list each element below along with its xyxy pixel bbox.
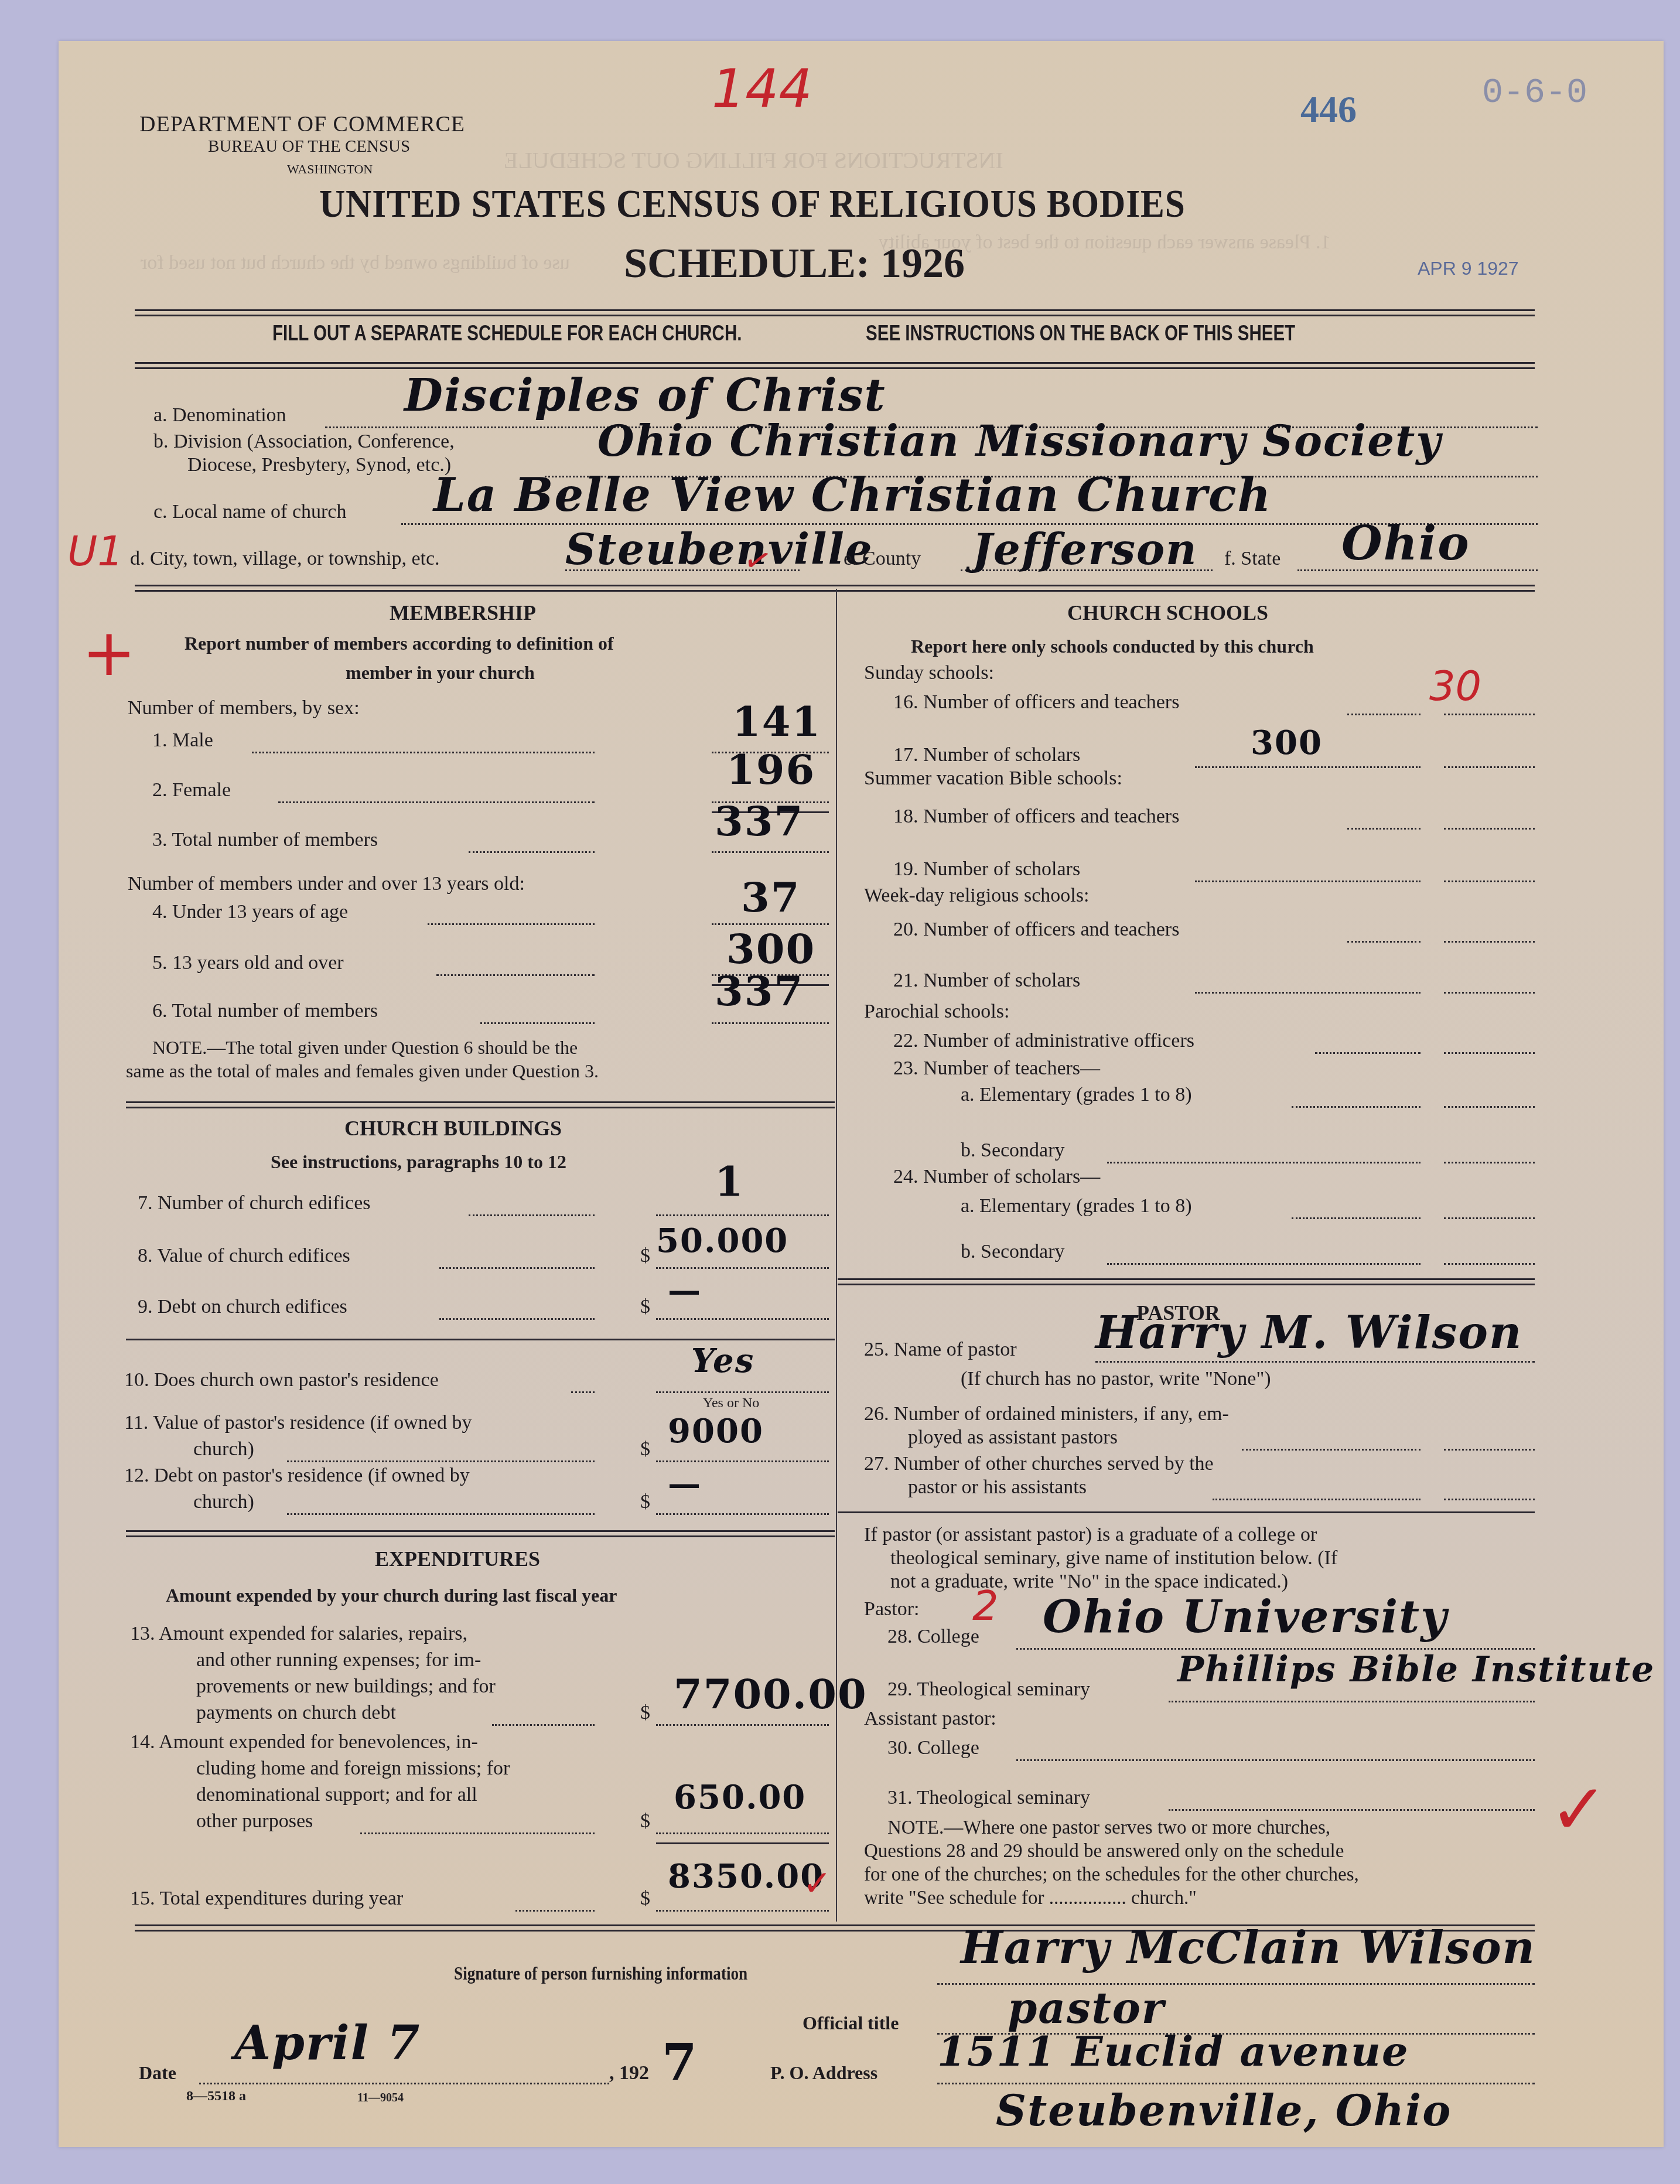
edifices-value-answer-line [656, 1267, 829, 1269]
q29-label: 29. Theological seminary [887, 1678, 1090, 1701]
print-number: 11—9054 [357, 2091, 404, 2105]
city-name: WASHINGTON [287, 162, 373, 177]
edifices-value-field[interactable]: 50.000 [656, 1221, 788, 1260]
q21-line [1195, 992, 1421, 994]
pastor-note: NOTE.—Where one pastor serves two or mor… [887, 1816, 1330, 1840]
bureau-name: BUREAU OF THE CENSUS [208, 137, 410, 156]
q23-label: 23. Number of teachers— [893, 1057, 1100, 1080]
church-schools-subheading: Report here only schools conducted by th… [911, 636, 1314, 657]
pastor-note-cont: for one of the churches; on the schedule… [864, 1863, 1359, 1886]
q24b-label: b. Secondary [961, 1241, 1065, 1263]
by-sex-label: Number of members, by sex: [128, 697, 360, 719]
sum-rule [656, 1842, 829, 1844]
q28-label: 28. College [887, 1626, 979, 1648]
membership-note: NOTE.—The total given under Question 6 s… [152, 1036, 578, 1059]
po-address-field[interactable]: 1511 Euclid avenue [937, 2027, 1409, 2076]
divider [126, 1530, 835, 1537]
q23b-answer-line [1444, 1162, 1535, 1163]
divider [135, 362, 1535, 369]
total-members-2-label: 6. Total number of members [152, 1000, 378, 1022]
q27-line [1213, 1499, 1421, 1500]
signature-field[interactable]: Harry McClain Wilson [961, 1922, 1536, 1974]
residence-debt-label-cont: church) [193, 1491, 254, 1513]
year-prefix: , 192 [609, 2062, 649, 2084]
q24a-label: a. Elementary (grades 1 to 8) [961, 1195, 1192, 1217]
q13-line [492, 1724, 595, 1726]
edifices-value-label: 8. Value of church edifices [138, 1245, 350, 1267]
church-schools-heading: CHURCH SCHOOLS [1067, 600, 1268, 625]
divider [126, 1339, 835, 1340]
q20-label: 20. Number of officers and teachers [893, 919, 1179, 941]
instruction-right: SEE INSTRUCTIONS ON THE BACK OF THIS SHE… [866, 321, 1295, 346]
q25-line [1095, 1361, 1535, 1363]
q13-label-cont: payments on church debt [196, 1702, 396, 1724]
denomination-label: a. Denomination [153, 404, 286, 426]
q21-label: 21. Number of scholars [893, 970, 1080, 992]
q19-label: 19. Number of scholars [893, 858, 1080, 881]
membership-heading: MEMBERSHIP [390, 600, 536, 625]
city-label: d. City, town, village, or township, etc… [130, 548, 440, 570]
q27-answer-line [1444, 1499, 1535, 1500]
division-field[interactable]: Ohio Christian Missionary Society [597, 416, 1442, 466]
q17-line [1195, 766, 1421, 768]
male-line [252, 752, 595, 753]
department-name: DEPARTMENT OF COMMERCE [139, 111, 465, 137]
divider [838, 1278, 1535, 1285]
form-title: UNITED STATES CENSUS OF RELIGIOUS BODIES [319, 180, 1186, 227]
q16-red-annotation: 30 [1429, 662, 1481, 710]
q22-label: 22. Number of administrative officers [893, 1030, 1194, 1052]
currency-symbol: $ [640, 1810, 650, 1832]
division-label-cont: Diocese, Presbytery, Synod, etc.) [187, 454, 451, 476]
instruction-left: FILL OUT A SEPARATE SCHEDULE FOR EACH CH… [272, 321, 742, 346]
q30-label: 30. College [887, 1737, 979, 1759]
q14-line [360, 1832, 595, 1834]
residence-value-field[interactable]: 9000 [668, 1412, 764, 1451]
total-members-label: 3. Total number of members [152, 829, 378, 851]
edifices-count-answer-line [656, 1214, 829, 1216]
residence-value-line [287, 1460, 595, 1462]
under-13-label: 4. Under 13 years of age [152, 901, 348, 923]
graduate-note: If pastor (or assistant pastor) is a gra… [864, 1523, 1317, 1547]
q26-label-cont: ployed as assistant pastors [908, 1427, 1118, 1449]
parochial-schools-label: Parochial schools: [864, 1001, 1009, 1023]
q24-label: 24. Number of scholars— [893, 1166, 1100, 1188]
pastor-sub-label: Pastor: [864, 1598, 919, 1620]
residence-value-label: 11. Value of pastor's residence (if owne… [124, 1412, 472, 1434]
assistant-pastor-label: Assistant pastor: [864, 1708, 996, 1730]
city-field[interactable]: Steubenville [565, 524, 873, 574]
q16-label: 16. Number of officers and teachers [893, 691, 1179, 714]
male-label: 1. Male [152, 729, 213, 752]
residence-debt-answer-line [656, 1513, 829, 1515]
q20-answer-line [1444, 941, 1535, 943]
q18-answer-line [1444, 828, 1535, 830]
q13-label-cont: provements or new buildings; and for [196, 1675, 496, 1698]
currency-symbol: $ [640, 1438, 650, 1460]
currency-symbol: $ [640, 1888, 650, 1910]
currency-symbol: $ [640, 1296, 650, 1318]
red-check-icon: ✓ [803, 1863, 832, 1904]
q14-answer-line [656, 1832, 829, 1834]
form-number: 8—5518 a [186, 2089, 246, 2104]
expenditures-subheading: Amount expended by your church during la… [166, 1585, 617, 1606]
q15-line [515, 1910, 595, 1912]
show-through-heading: INSTRUCTIONS FOR FILLING OUT SCHEDULE [504, 146, 1003, 174]
edifices-count-field[interactable]: 1 [715, 1157, 745, 1206]
membership-subheading-cont: member in your church [346, 662, 535, 684]
date-line [199, 2083, 609, 2084]
currency-symbol: $ [640, 1491, 650, 1513]
over-13-label: 5. 13 years old and over [152, 952, 344, 974]
q30-line [1016, 1759, 1535, 1761]
q24a-line [1292, 1217, 1421, 1219]
q26-line [1242, 1449, 1421, 1451]
edifices-debt-line [439, 1318, 595, 1320]
q16-answer-line [1444, 714, 1535, 715]
q23b-line [1107, 1162, 1421, 1163]
residence-debt-field[interactable]: — [668, 1465, 702, 1503]
q19-line [1195, 881, 1421, 882]
female-line [278, 801, 595, 803]
weekday-schools-label: Week-day religious schools: [864, 885, 1089, 907]
year-field[interactable]: 7 [662, 2033, 698, 2092]
edifices-count-line [469, 1214, 595, 1216]
by-age-label: Number of members under and over 13 year… [128, 873, 525, 895]
q17-label: 17. Number of scholars [893, 744, 1080, 766]
q23a-label: a. Elementary (grades 1 to 8) [961, 1084, 1192, 1106]
q29-line [1169, 1701, 1535, 1702]
pastor-note-cont: write "See schedule for ................… [864, 1886, 1197, 1910]
q18-label: 18. Number of officers and teachers [893, 806, 1179, 828]
residence-value-label-cont: church) [193, 1438, 254, 1460]
q24a-answer-line [1444, 1217, 1535, 1219]
graduate-note-cont: theological seminary, give name of insti… [890, 1547, 1337, 1570]
received-date-stamp: APR 9 1927 [1418, 258, 1519, 279]
q17-answer-line [1444, 766, 1535, 768]
official-title-field[interactable]: pastor [1008, 1983, 1165, 2033]
male-count-field[interactable]: 141 [732, 697, 821, 746]
show-through-text: use of buildings owned by the church but… [141, 252, 570, 274]
red-pastor-mark: 2 [972, 1582, 999, 1630]
under-13-field[interactable]: 37 [741, 873, 800, 922]
q17-field[interactable]: 300 [1251, 724, 1323, 762]
q25-hint: (If church has no pastor, write "None") [961, 1368, 1271, 1390]
total-members-2-answer-line [712, 1022, 829, 1024]
total-members-answer-line [712, 851, 829, 853]
q14-label: 14. Amount expended for benevolences, in… [130, 1731, 478, 1753]
po-address-label: P. O. Address [770, 2062, 877, 2084]
q13-answer-line [656, 1724, 829, 1726]
red-x-mark: + [82, 615, 136, 690]
expenditures-heading: EXPENDITURES [375, 1547, 540, 1571]
q15-answer-line [656, 1910, 829, 1912]
q27-label: 27. Number of other churches served by t… [864, 1453, 1214, 1475]
residence-value-answer-line [656, 1460, 829, 1462]
red-margin-mark: U1 [67, 527, 124, 575]
q25-label: 25. Name of pastor [864, 1339, 1017, 1361]
q23a-line [1292, 1106, 1421, 1108]
column-divider [836, 589, 837, 1922]
state-label: f. State [1224, 548, 1281, 570]
graduate-note-cont: not a graduate, write "No" in the space … [890, 1570, 1288, 1593]
red-page-number: 144 [712, 59, 812, 120]
local-name-field[interactable]: La Belle View Christian Church [433, 469, 1272, 522]
edifices-count-label: 7. Number of church edifices [138, 1192, 370, 1214]
q13-label-cont: and other running expenses; for im- [196, 1649, 481, 1671]
edifices-debt-label: 9. Debt on church edifices [138, 1296, 347, 1318]
q13-amount-field[interactable]: 7700.00 [674, 1670, 868, 1718]
q14-amount-field[interactable]: 650.00 [674, 1778, 806, 1817]
q23a-answer-line [1444, 1106, 1535, 1108]
church-buildings-subheading: See instructions, paragraphs 10 to 12 [271, 1151, 566, 1173]
residence-owned-answer-line [656, 1391, 829, 1393]
q15-total-field[interactable]: 8350.00 [668, 1857, 824, 1896]
pastor-name-field[interactable]: Harry M. Wilson [1095, 1306, 1522, 1359]
stamp-number: 446 [1300, 88, 1357, 131]
over-13-line [436, 974, 595, 976]
official-title-label: Official title [803, 2012, 899, 2034]
q14-label-cont: denominational support; and for all [196, 1784, 477, 1806]
divider [135, 585, 1535, 592]
date-label: Date [139, 2062, 176, 2084]
membership-subheading: Report number of members according to de… [185, 633, 614, 654]
pastor-note-cont: Questions 28 and 29 should be answered o… [864, 1840, 1344, 1863]
residence-owned-field[interactable]: Yes [691, 1342, 754, 1380]
edifices-debt-field[interactable]: — [668, 1271, 702, 1310]
q14-label-cont: cluding home and foreign missions; for [196, 1758, 510, 1780]
q31-label: 31. Theological seminary [887, 1787, 1090, 1809]
divider [838, 1511, 1535, 1513]
q22-line [1315, 1052, 1421, 1054]
residence-debt-line [287, 1513, 595, 1515]
college-field[interactable]: Ohio University [1043, 1591, 1447, 1643]
vacation-schools-label: Summer vacation Bible schools: [864, 767, 1122, 790]
po-address-field-line-2[interactable]: Steubenville, Ohio [996, 2086, 1452, 2135]
total-members-2-line [480, 1022, 595, 1024]
red-check-icon: ✓ [1549, 1769, 1609, 1851]
local-name-label: c. Local name of church [153, 501, 346, 523]
total-members-2-field[interactable]: 337 [715, 967, 804, 1015]
q18-line [1347, 828, 1421, 830]
female-label: 2. Female [152, 779, 231, 801]
q16-line [1347, 714, 1421, 715]
q14-label-cont: other purposes [196, 1810, 313, 1832]
q23b-label: b. Secondary [961, 1139, 1065, 1162]
q26-answer-line [1444, 1449, 1535, 1451]
q24b-line [1107, 1263, 1421, 1265]
q22-answer-line [1444, 1052, 1535, 1054]
currency-symbol: $ [640, 1702, 650, 1724]
county-field[interactable]: Jefferson [972, 524, 1197, 574]
po-address-line [937, 2083, 1535, 2084]
yes-or-no-hint: Yes or No [703, 1395, 759, 1411]
edifices-value-line [439, 1267, 595, 1269]
church-buildings-heading: CHURCH BUILDINGS [344, 1116, 562, 1141]
membership-note-cont: same as the total of males and females g… [126, 1059, 599, 1083]
divider [126, 1101, 835, 1108]
schedule-year: SCHEDULE: 1926 [624, 239, 965, 288]
edifices-debt-answer-line [656, 1318, 829, 1320]
q20-line [1347, 941, 1421, 943]
signature-label: Signature of person furnishing informati… [454, 1963, 747, 1984]
seminary-field[interactable]: Phillips Bible Institute [1177, 1649, 1655, 1690]
residence-owned-line [571, 1391, 595, 1393]
q27-label-cont: pastor or his assistants [908, 1476, 1087, 1499]
over-13-field[interactable]: 300 [726, 924, 815, 973]
currency-symbol: $ [640, 1245, 650, 1267]
county-label: e. County [844, 548, 921, 570]
q24b-answer-line [1444, 1263, 1535, 1265]
divider [135, 309, 1535, 316]
total-members-field[interactable]: 337 [715, 797, 804, 845]
denomination-field[interactable]: Disciples of Christ [404, 369, 886, 421]
q13-label: 13. Amount expended for salaries, repair… [130, 1623, 467, 1645]
total-members-line [469, 851, 595, 853]
state-field[interactable]: Ohio [1341, 516, 1470, 571]
residence-debt-label: 12. Debt on pastor's residence (if owned… [124, 1465, 470, 1487]
q31-line [1169, 1809, 1535, 1811]
female-count-field[interactable]: 196 [726, 745, 815, 794]
q21-answer-line [1444, 992, 1535, 994]
sunday-schools-label: Sunday schools: [864, 662, 994, 684]
under-13-line [428, 923, 595, 925]
division-label: b. Division (Association, Conference, [153, 431, 455, 453]
q26-label: 26. Number of ordained ministers, if any… [864, 1403, 1229, 1425]
date-field[interactable]: April 7 [234, 2015, 421, 2070]
stamp-code: 0-6-0 [1482, 73, 1587, 113]
residence-owned-label: 10. Does church own pastor's residence [124, 1369, 439, 1391]
q19-answer-line [1444, 881, 1535, 882]
q15-label: 15. Total expenditures during year [130, 1888, 403, 1910]
